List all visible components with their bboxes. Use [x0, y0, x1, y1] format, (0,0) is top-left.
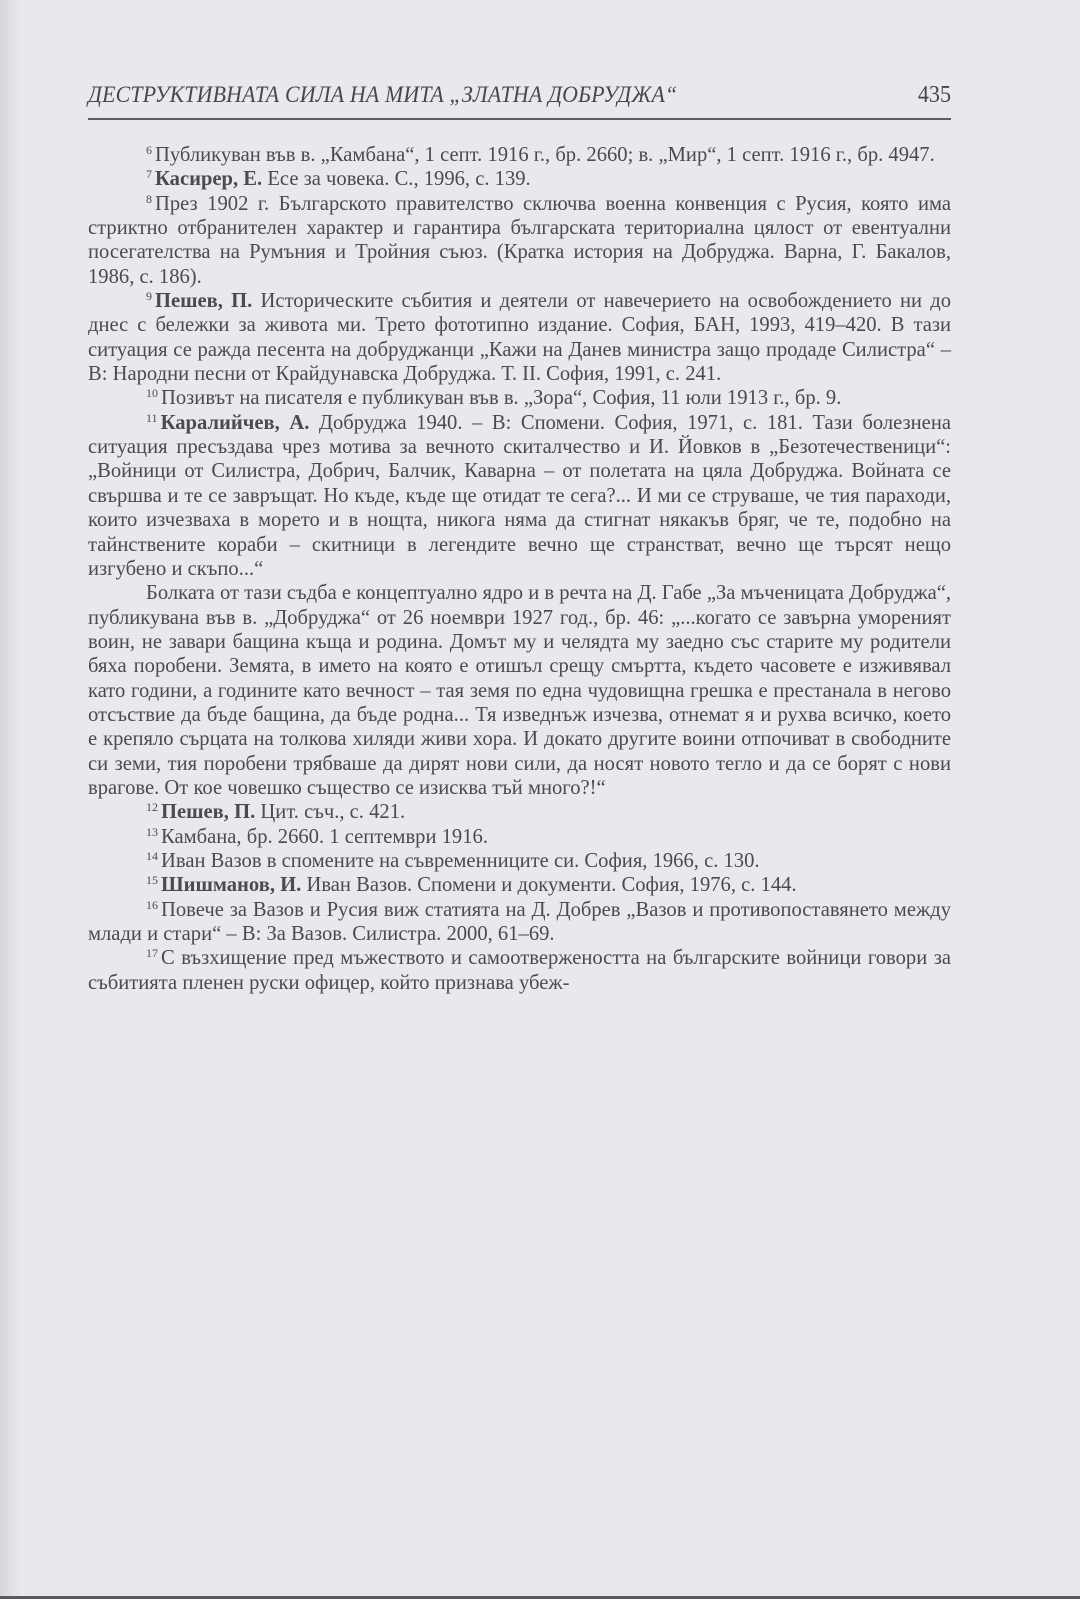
- footnote-12: 12Пешев, П. Цит. съч., с. 421.: [88, 800, 951, 824]
- footnote-number: 12: [146, 800, 158, 814]
- footnote-number: 16: [146, 898, 158, 912]
- footnote-number: 15: [146, 873, 158, 887]
- footnote-text: С възхищение пред мъжеството и самоотвер…: [88, 947, 951, 993]
- footnote-15: 15Шишманов, И. Иван Вазов. Спомени и док…: [88, 873, 951, 897]
- footnote-number: 10: [146, 386, 158, 400]
- footnote-author: Пешев, П.: [161, 801, 255, 823]
- footnote-number: 14: [146, 849, 158, 863]
- body-text: Болката от тази съдба е концептуално ядр…: [88, 582, 951, 799]
- footnote-number: 17: [146, 946, 158, 960]
- footnote-17: 17С възхищение пред мъжеството и самоотв…: [88, 946, 951, 995]
- footnote-text: Позивът на писателя е публикуван във в. …: [161, 387, 841, 409]
- body-paragraph: Болката от тази съдба е концептуално ядр…: [88, 581, 951, 800]
- footnote-text: През 1902 г. Българското правителство ск…: [88, 193, 951, 288]
- footnote-number: 13: [146, 825, 158, 839]
- running-head: ДЕСТРУКТИВНАТА СИЛА НА МИТА „ЗЛАТНА ДОБР…: [88, 82, 951, 116]
- footnote-text: Цит. съч., с. 421.: [255, 801, 405, 823]
- footnote-11: 11Каралийчев, А. Добруджа 1940. – В: Спо…: [88, 411, 951, 581]
- running-head-title: ДЕСТРУКТИВНАТА СИЛА НА МИТА „ЗЛАТНА ДОБР…: [88, 82, 677, 109]
- footnote-text: Повече за Вазов и Русия виж статията на …: [88, 899, 951, 945]
- footnote-13: 13Камбана, бр. 2660. 1 септември 1916.: [88, 825, 951, 849]
- footnote-text: Камбана, бр. 2660. 1 септември 1916.: [161, 826, 488, 848]
- footnote-author: Пешев, П.: [155, 290, 252, 312]
- footnote-author: Шишманов, И.: [161, 874, 301, 896]
- footnote-number: 6: [146, 143, 152, 157]
- page-number: 435: [918, 82, 951, 109]
- footnote-author: Касирер, Е.: [155, 168, 262, 190]
- footnote-number: 7: [146, 167, 152, 181]
- header-rule: [88, 118, 951, 120]
- footnote-text: Иван Вазов. Спомени и документи. София, …: [301, 874, 796, 896]
- page-gutter-shadow: [0, 0, 22, 1599]
- footnote-7: 7Касирер, Е. Есе за човека. С., 1996, с.…: [88, 167, 951, 191]
- footnote-number: 8: [146, 192, 152, 206]
- footnote-text: Публикуван във в. „Камбана“, 1 септ. 191…: [155, 144, 935, 166]
- footnote-9: 9Пешев, П. Историческите събития и деяте…: [88, 289, 951, 386]
- footnote-16: 16Повече за Вазов и Русия виж статията н…: [88, 898, 951, 947]
- footnote-text: Добруджа 1940. – В: Спомени. София, 1971…: [88, 412, 951, 580]
- footnote-text: Есе за човека. С., 1996, с. 139.: [262, 168, 531, 190]
- footnote-14: 14Иван Вазов в спомените на съвременници…: [88, 849, 951, 873]
- footnote-10: 10Позивът на писателя е публикуван във в…: [88, 386, 951, 410]
- page-body: 6Публикуван във в. „Камбана“, 1 септ. 19…: [88, 143, 951, 995]
- footnote-number: 9: [146, 289, 152, 303]
- footnote-author: Каралийчев, А.: [161, 412, 310, 434]
- footnote-6: 6Публикуван във в. „Камбана“, 1 септ. 19…: [88, 143, 951, 167]
- footnote-text: Иван Вазов в спомените на съвременниците…: [161, 850, 760, 872]
- footnote-number: 11: [146, 411, 158, 425]
- footnote-8: 8През 1902 г. Българското правителство с…: [88, 192, 951, 289]
